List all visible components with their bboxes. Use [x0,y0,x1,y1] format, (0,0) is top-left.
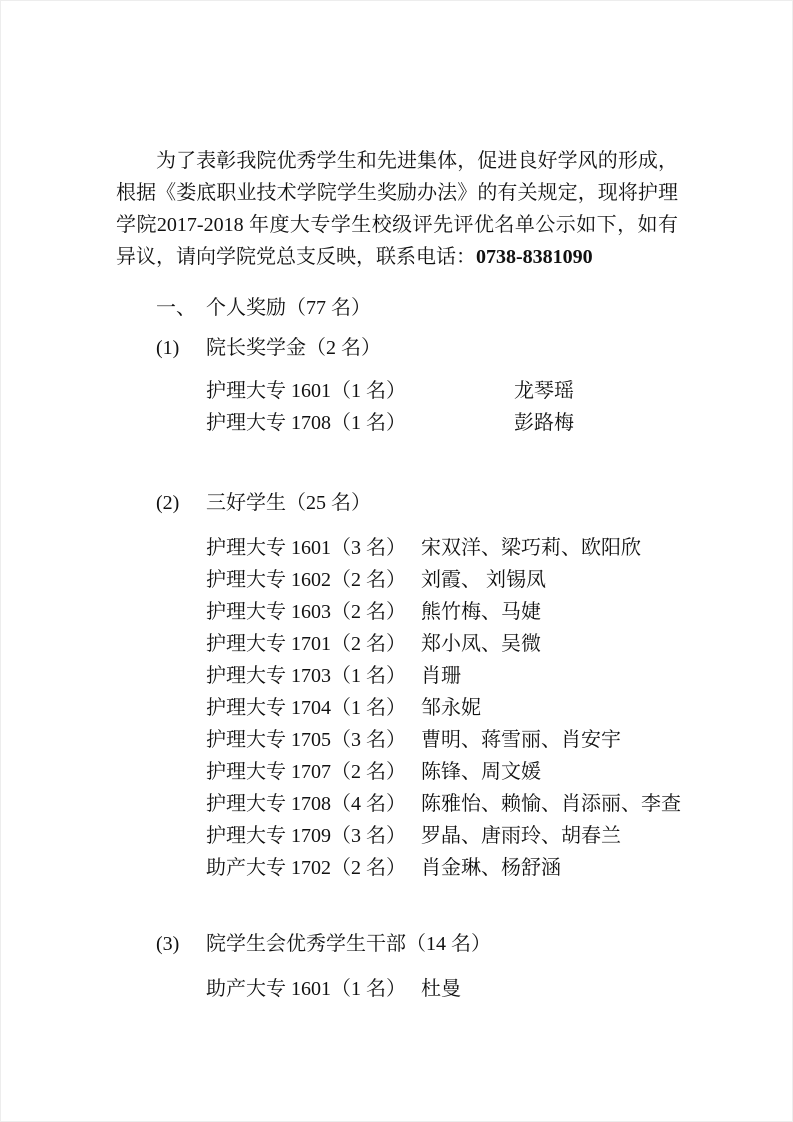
award-row: 助产大专 1601（1 名） 杜曼 [206,973,678,1005]
award-heading-merit-students: (2) 三好学生（25 名） [116,487,678,519]
class-label: 护理大专 1709（3 名） [206,820,421,852]
class-label: 护理大专 1602（2 名） [206,564,421,596]
names-list: 杜曼 [421,973,461,1005]
names-list: 熊竹梅、马婕 [421,596,541,628]
names-list: 郑小凤、吴微 [421,628,541,660]
award-row: 护理大专 1709（3 名） 罗晶、唐雨玲、胡春兰 [206,820,678,852]
names-list: 邹永妮 [421,692,481,724]
award-marker: (2) [156,487,206,519]
class-label: 护理大专 1705（3 名） [206,724,421,756]
names-list: 曹明、蒋雪丽、肖安宇 [421,724,621,756]
award-row: 护理大专 1707（2 名） 陈锋、周文媛 [206,756,678,788]
phone-number: 0738-8381090 [476,246,593,268]
award-row: 护理大专 1703（1 名） 肖珊 [206,660,678,692]
award-row: 护理大专 1603（2 名） 熊竹梅、马婕 [206,596,678,628]
names-list: 陈锋、周文媛 [421,756,541,788]
award-row: 助产大专 1702（2 名） 肖金琳、杨舒涵 [206,852,678,884]
award-row: 护理大专 1602（2 名） 刘霞、 刘锡凤 [206,564,678,596]
intro-paragraph: 为了表彰我院优秀学生和先进集体，促进良好学风的形成，根据《娄底职业技术学院学生奖… [116,145,678,273]
award-row: 护理大专 1708（1 名） 彭路梅 [206,407,678,439]
document-page: 为了表彰我院优秀学生和先进集体，促进良好学风的形成，根据《娄底职业技术学院学生奖… [0,0,793,1122]
award-title: 院长奖学金（2 名） [206,332,381,364]
class-label: 护理大专 1601（3 名） [206,532,421,564]
names-list: 肖珊 [421,660,461,692]
class-label: 助产大专 1702（2 名） [206,852,421,884]
award-row: 护理大专 1704（1 名） 邹永妮 [206,692,678,724]
award-row: 护理大专 1708（4 名） 陈雅怡、赖愉、肖添丽、李查 [206,788,678,820]
names-list: 刘霞、 刘锡凤 [421,564,546,596]
class-label: 护理大专 1601（1 名） [206,375,514,407]
award-row: 护理大专 1601（3 名） 宋双洋、梁巧莉、欧阳欣 [206,532,678,564]
section-heading-individual-awards: 一、 个人奖励（77 名） [116,292,678,324]
class-label: 护理大专 1708（4 名） [206,788,421,820]
class-label: 助产大专 1601（1 名） [206,973,421,1005]
names-list: 彭路梅 [514,407,574,439]
year-range: 2017-2018 [157,214,244,236]
award-title: 院学生会优秀学生干部（14 名） [206,928,491,960]
award-rows-merit-students: 护理大专 1601（3 名） 宋双洋、梁巧莉、欧阳欣 护理大专 1602（2 名… [206,532,678,884]
class-label: 护理大专 1701（2 名） [206,628,421,660]
section-marker: 一、 [156,292,206,324]
names-list: 罗晶、唐雨玲、胡春兰 [421,820,621,852]
class-label: 护理大专 1707（2 名） [206,756,421,788]
names-list: 陈雅怡、赖愉、肖添丽、李查 [421,788,681,820]
award-title: 三好学生（25 名） [206,487,371,519]
names-list: 宋双洋、梁巧莉、欧阳欣 [421,532,641,564]
class-label: 护理大专 1708（1 名） [206,407,514,439]
class-label: 护理大专 1603（2 名） [206,596,421,628]
names-list: 肖金琳、杨舒涵 [421,852,561,884]
award-rows-dean-scholarship: 护理大专 1601（1 名） 龙琴瑶 护理大专 1708（1 名） 彭路梅 [206,375,678,439]
names-list: 龙琴瑶 [514,375,574,407]
award-row: 护理大专 1601（1 名） 龙琴瑶 [206,375,678,407]
award-marker: (1) [156,332,206,364]
award-rows-outstanding-cadres: 助产大专 1601（1 名） 杜曼 [206,973,678,1005]
class-label: 护理大专 1704（1 名） [206,692,421,724]
award-heading-dean-scholarship: (1) 院长奖学金（2 名） [116,332,678,364]
award-row: 护理大专 1705（3 名） 曹明、蒋雪丽、肖安宇 [206,724,678,756]
award-heading-outstanding-cadres: (3) 院学生会优秀学生干部（14 名） [116,928,678,960]
award-marker: (3) [156,928,206,960]
section-title: 个人奖励（77 名） [206,292,371,324]
class-label: 护理大专 1703（1 名） [206,660,421,692]
award-row: 护理大专 1701（2 名） 郑小凤、吴微 [206,628,678,660]
